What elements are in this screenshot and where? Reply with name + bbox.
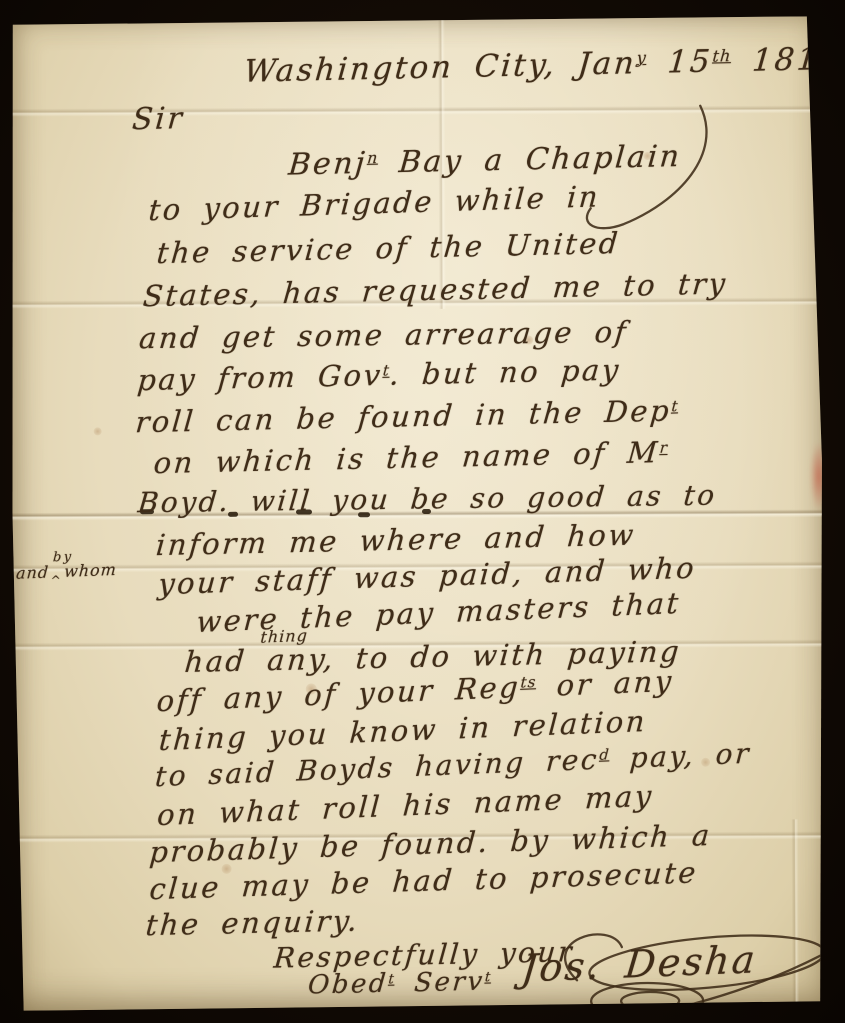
body-line-8: on which is the name of Mr	[152, 435, 669, 480]
margin-note-text: whom	[64, 560, 118, 581]
letter-paper: Washington City, Jany 15th 1818 Sir thin…	[8, 9, 834, 1014]
body-line-20: the enquiry.	[144, 904, 360, 943]
red-stain	[810, 441, 828, 511]
letter-body	[8, 9, 830, 13]
signature: Jos. Desha	[520, 937, 760, 990]
closing-line-2: Obedt Servt	[307, 966, 492, 1000]
body-line-1: Benjn Bay a Chaplain	[287, 139, 683, 183]
margin-note-text: and	[15, 562, 49, 582]
body-line-5: and get some arrearage of	[138, 315, 630, 355]
foxing-spot	[94, 427, 102, 435]
photo-background: Washington City, Jany 15th 1818 Sir thin…	[0, 0, 845, 1023]
dateline: Washington City, Jany 15th 1818	[243, 41, 843, 90]
body-line-6: pay from Govt. but no pay	[136, 353, 622, 398]
body-line-4: States, has requested me to try	[142, 266, 729, 313]
fold-crease-vertical	[791, 819, 799, 1004]
body-line-3: the service of the United	[155, 226, 621, 270]
body-line-7: roll can be found in the Dept	[134, 393, 679, 439]
letter-closing	[8, 9, 830, 13]
insertion-caret-icon: ^	[48, 573, 64, 588]
fold-crease	[8, 105, 830, 117]
margin-note: by and^whom	[15, 549, 118, 588]
body-line-9: Boyd. will you be so good as to	[136, 479, 718, 520]
body-line-2: to your Brigade while in	[147, 179, 601, 227]
salutation: Sir	[131, 101, 186, 137]
